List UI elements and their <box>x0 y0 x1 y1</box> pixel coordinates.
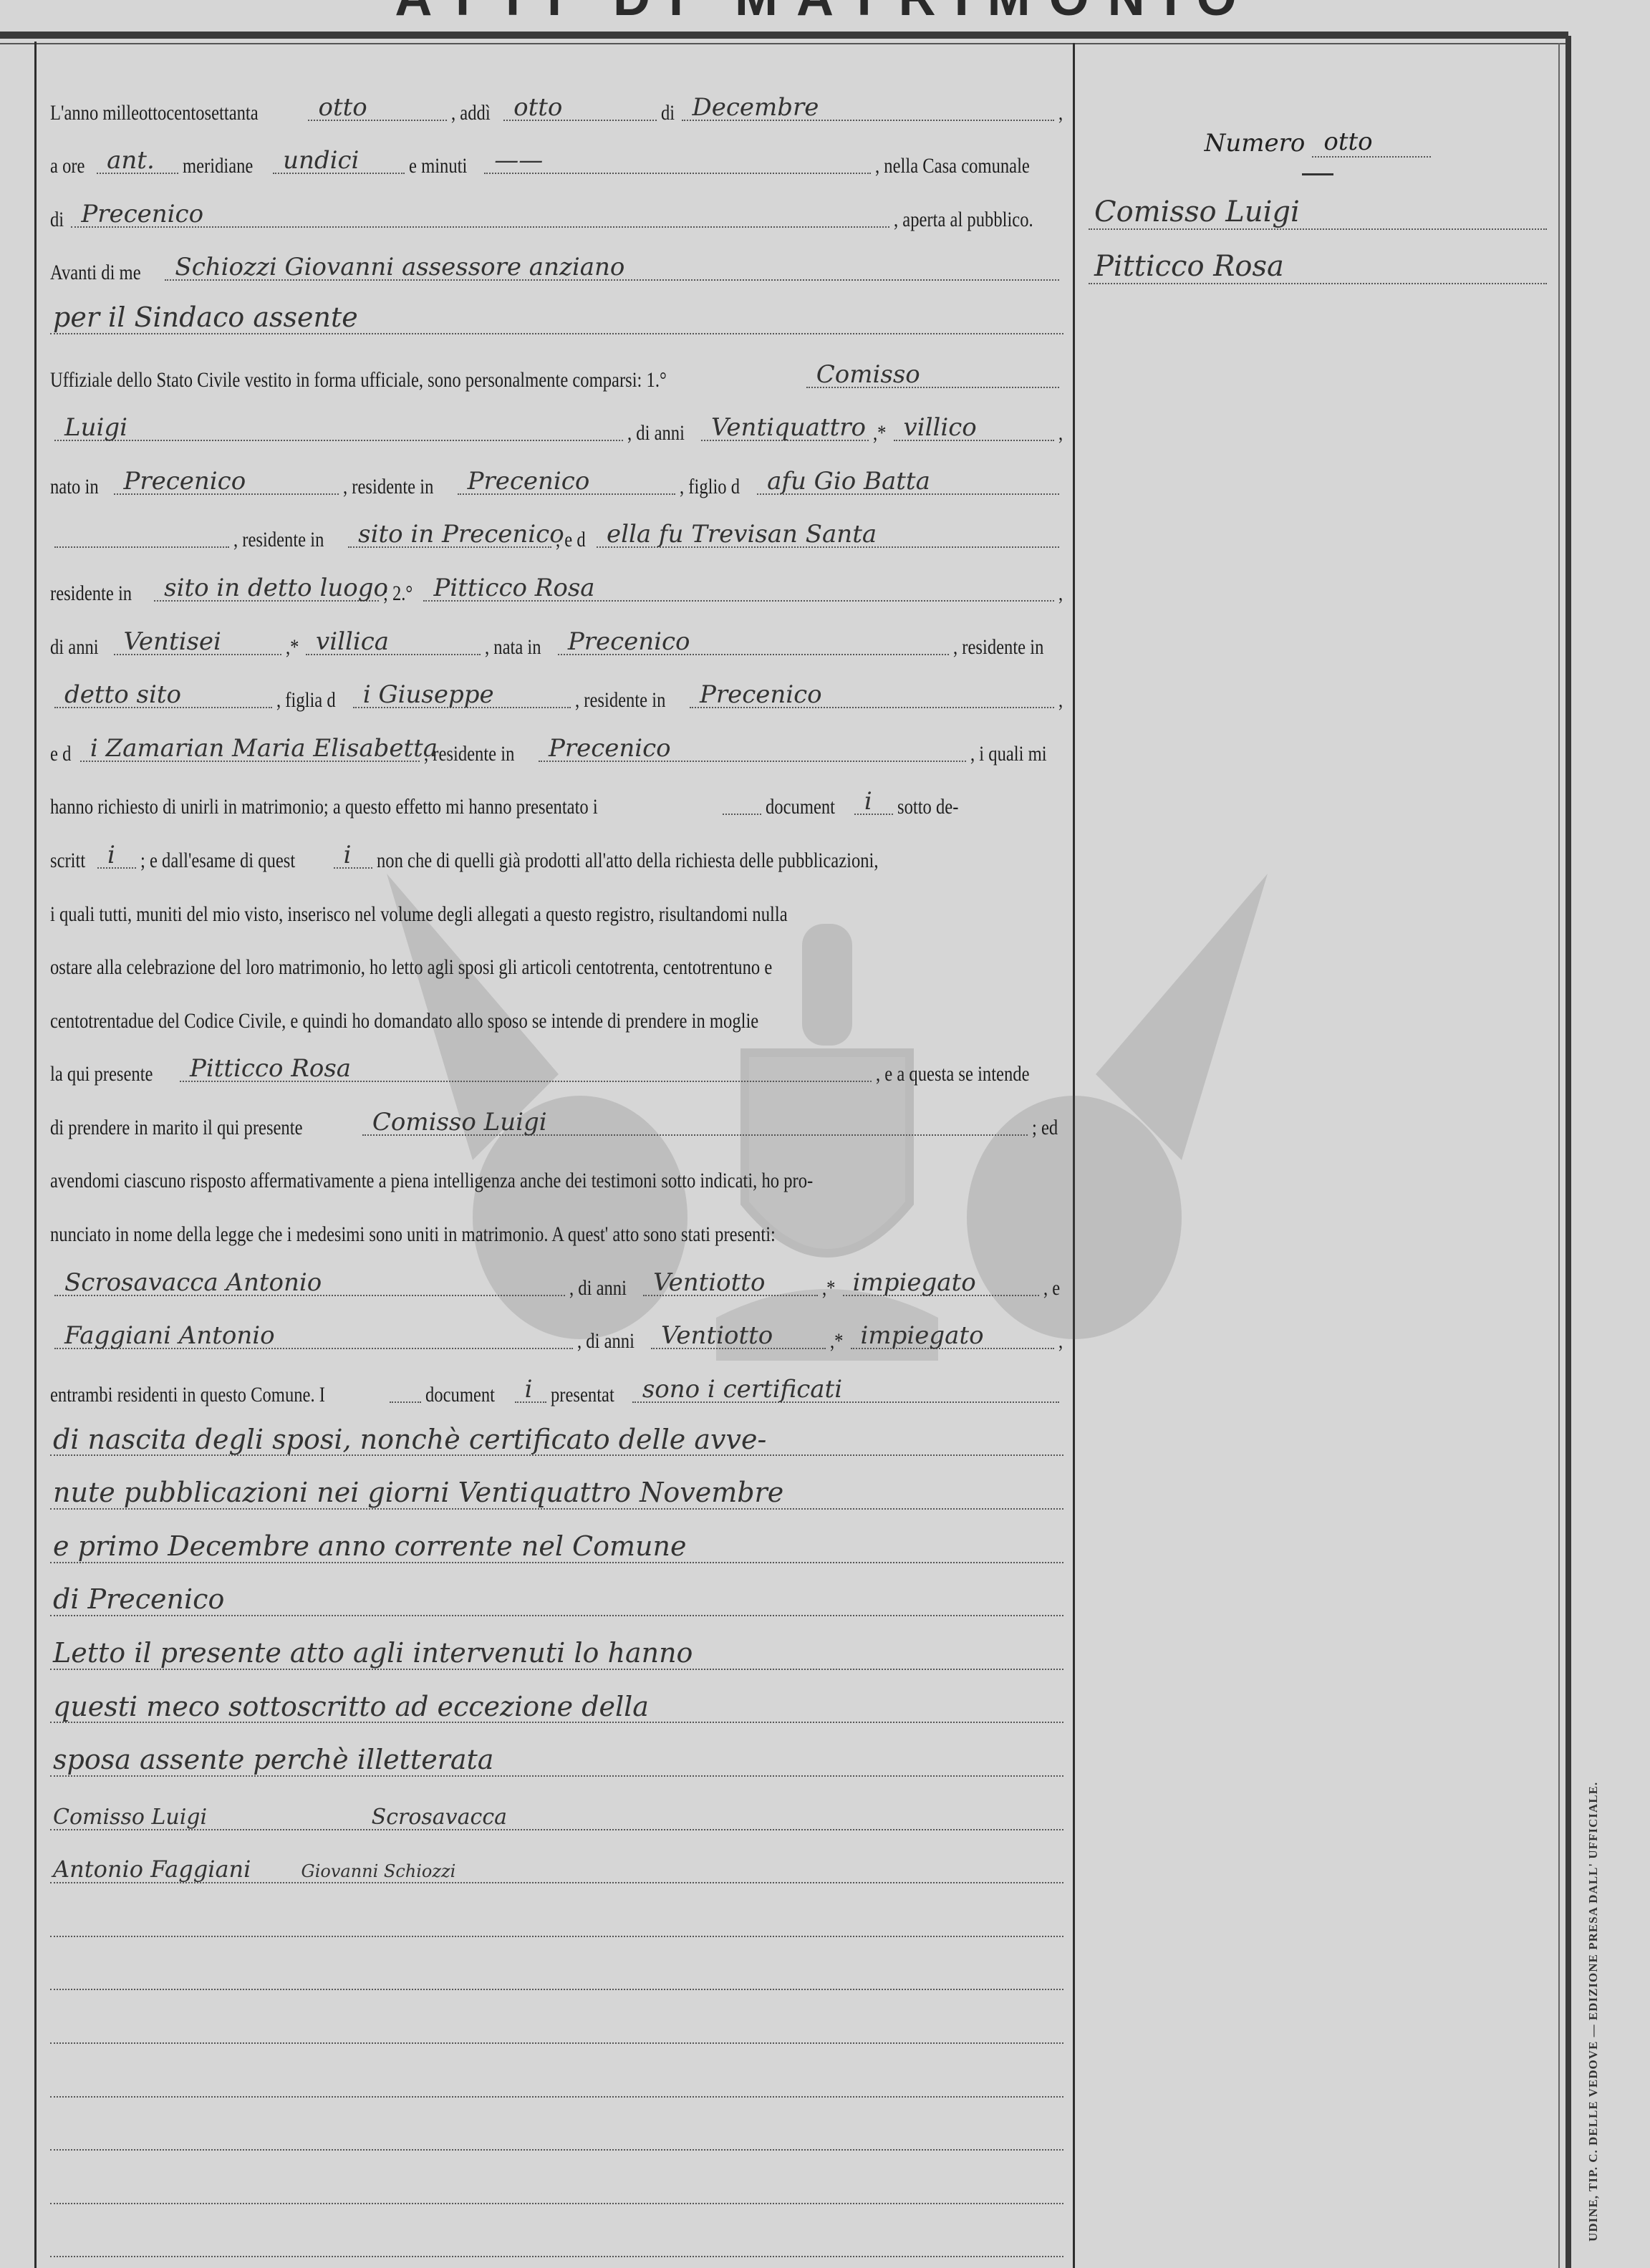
label-daughter-of: , figlia d <box>276 688 336 713</box>
text-articoli: ostare alla celebrazione del loro matrim… <box>50 955 772 980</box>
label-age: , di anni <box>577 1329 635 1353</box>
line-presented-docs: entrambi residenti in questo Comune. I d… <box>50 1353 1063 1407</box>
blank-line-field[interactable] <box>50 1989 1063 1990</box>
free-line: di Precenico <box>50 1568 1063 1621</box>
label-age: , di anni <box>627 421 685 445</box>
label-year: L'anno milleottocentosettanta <box>50 101 259 125</box>
line-printed-22: nunciato in nome della legge che i medes… <box>50 1193 1063 1247</box>
label-age: , di anni <box>569 1276 627 1301</box>
act-body: L'anno milleottocentosettanta otto , add… <box>50 72 1063 2262</box>
text-publications: non che di quelli già prodotti all'atto … <box>377 849 879 873</box>
free-line-text[interactable]: questi meco sottoscritto ad eccezione de… <box>50 1692 1063 1724</box>
field-groom-consent[interactable]: Comisso Luigi <box>362 1110 1028 1136</box>
field-day[interactable]: otto <box>503 95 657 121</box>
label-present: la qui presente <box>50 1062 153 1086</box>
label-appeared: Uffiziale dello Stato Civile vestito in … <box>50 368 667 392</box>
field-doc-article[interactable] <box>723 814 761 815</box>
register-number: Numero otto <box>1089 100 1547 158</box>
register-margin: Numero otto Comisso Luigi Pitticco Rosa <box>1089 72 1547 284</box>
punct: , <box>1058 582 1063 606</box>
punct: , e <box>1043 1276 1060 1301</box>
field-groom-father-residence[interactable]: sito in Precenico <box>348 522 551 548</box>
field-bride-name[interactable]: Pitticco Rosa <box>423 576 1053 602</box>
margin-bride-name[interactable]: Pitticco Rosa <box>1089 230 1547 284</box>
line-time: a ore ant. meridiane undici e minuti —— … <box>50 125 1063 179</box>
line-bride: di anni Ventisei ,* villica , nata in Pr… <box>50 606 1063 660</box>
label-age: di anni <box>50 635 99 660</box>
field-witness2-name[interactable]: Faggiani Antonio <box>54 1323 573 1349</box>
field-bride-mother-residence[interactable]: Precenico <box>539 736 966 762</box>
free-line-text[interactable]: di Precenico <box>50 1585 1063 1616</box>
field-doc-suffix[interactable]: i <box>854 789 893 815</box>
text-allegati: i quali tutti, muniti del mio visto, ins… <box>50 902 788 927</box>
line-bride-mother: e d i Zamarian Maria Elisabetta , reside… <box>50 713 1063 766</box>
punct: ; ed <box>1032 1116 1058 1140</box>
free-line: sposa assente perchè illetterata <box>50 1727 1063 1781</box>
label-resident: , residente in <box>953 635 1043 660</box>
free-line-text[interactable]: nute pubblicazioni nei giorni Ventiquatt… <box>50 1478 1063 1510</box>
free-line: questi meco sottoscritto ad eccezione de… <box>50 1674 1063 1728</box>
line-groom-consent: di prendere in marito il qui presente Co… <box>50 1086 1063 1140</box>
top-rule-thin <box>0 43 1568 44</box>
free-line: di nascita degli sposi, nonchè certifica… <box>50 1407 1063 1461</box>
label-resident: , residente in <box>343 475 433 499</box>
line-witness-1: Scrosavacca Antonio , di anni Ventiotto … <box>50 1247 1063 1301</box>
field-am-pm[interactable]: ant. <box>97 148 178 174</box>
line-printed-17: ostare alla celebrazione del loro matrim… <box>50 927 1063 980</box>
field-bride-consent[interactable]: Pitticco Rosa <box>180 1056 872 1082</box>
label-town-hall: , nella Casa comunale <box>875 154 1030 178</box>
signature-witness: Scrosavacca <box>372 1805 507 1830</box>
field-witness1-age[interactable]: Ventiotto <box>643 1270 818 1296</box>
field-groom-father[interactable]: afu Gio Batta <box>757 469 1059 495</box>
field-groom-age[interactable]: Ventiquattro <box>701 415 869 441</box>
signature-row-2: Antonio Faggiani Giovanni Schiozzi <box>50 1857 1063 1883</box>
signature-officer: Giovanni Schiozzi <box>301 1861 456 1881</box>
blank-line <box>50 1994 1063 2048</box>
line-groom-birth: nato in Precenico , residente in Preceni… <box>50 445 1063 499</box>
signature-row-1: Comisso Luigi Scrosavacca <box>50 1805 1063 1830</box>
text-residents: entrambi residenti in questo Comune. I <box>50 1383 325 1407</box>
punct: ,* <box>873 421 886 445</box>
numero-label: Numero <box>1205 129 1306 158</box>
line-printed-21: avendomi ciascuno risposto affermativame… <box>50 1140 1063 1194</box>
field-witness1-profession[interactable]: impiegato <box>843 1270 1039 1296</box>
label-and-of: , e d <box>556 528 586 552</box>
line-bride-consent: la qui presente Pitticco Rosa , e a ques… <box>50 1033 1063 1087</box>
field-groom-mother-residence[interactable]: sito in detto luogo <box>154 576 379 602</box>
blank-line-field[interactable] <box>50 2096 1063 2098</box>
field-groom-residence[interactable]: Precenico <box>458 469 675 495</box>
label-minutes: e minuti <box>409 154 467 178</box>
label-hour: a ore <box>50 154 85 178</box>
field-groom-birthplace[interactable]: Precenico <box>114 469 339 495</box>
line-date: L'anno milleottocentosettanta otto , add… <box>50 72 1063 125</box>
text-document: document <box>766 795 835 819</box>
punct: , <box>1058 421 1063 445</box>
free-line-text[interactable]: e primo Decembre anno corrente nel Comun… <box>50 1532 1063 1563</box>
right-border-thin <box>1558 43 1560 2268</box>
blank-line-field[interactable] <box>50 2042 1063 2044</box>
blank-line-field[interactable] <box>50 2203 1063 2204</box>
field-scritt-suffix[interactable]: i <box>97 843 136 869</box>
line-bride-intro: residente in sito in detto luogo ; 2.° P… <box>50 552 1063 606</box>
left-border <box>34 42 37 2268</box>
label-resident: , residente in <box>233 528 324 552</box>
field-officer[interactable]: Schiozzi Giovanni assessore anziano <box>165 255 1059 281</box>
field-bride-father[interactable]: i Giuseppe <box>353 682 571 708</box>
free-line: nute pubblicazioni nei giorni Ventiquatt… <box>50 1460 1063 1514</box>
blank-line <box>50 1941 1063 1995</box>
top-rule <box>0 32 1568 39</box>
label-resident: , residente in <box>575 688 665 713</box>
margin-groom-name[interactable]: Comisso Luigi <box>1089 175 1547 230</box>
line-witness-2: Faggiani Antonio , di anni Ventiotto ,* … <box>50 1301 1063 1354</box>
punct: , <box>1058 688 1063 713</box>
free-line-text[interactable]: sposa assente perchè illetterata <box>50 1745 1063 1777</box>
numero-value[interactable]: otto <box>1312 127 1431 158</box>
free-line: e primo Decembre anno corrente nel Comun… <box>50 1514 1063 1568</box>
field-bride-residence[interactable]: detto sito <box>54 682 272 708</box>
text-pronounced: nunciato in nome della legge che i medes… <box>50 1222 776 1247</box>
text-scritt: scritt <box>50 849 85 873</box>
blank-line <box>50 2048 1063 2102</box>
line-documents-2: scritt i ; e dall'esame di quest i non c… <box>50 819 1063 873</box>
right-border <box>1565 36 1571 2268</box>
line-bride-parents: detto sito , figlia d i Giuseppe , resid… <box>50 660 1063 713</box>
free-line-text[interactable]: Letto il presente atto agli intervenuti … <box>50 1639 1063 1670</box>
label-who-me: , i quali mi <box>970 742 1047 766</box>
blank-line-field[interactable] <box>50 1936 1063 1937</box>
signature-witness-2: Antonio Faggiani <box>53 1856 251 1883</box>
field-minutes[interactable]: —— <box>484 148 871 174</box>
field-hour[interactable]: undici <box>273 148 405 174</box>
line-comune: di Precenico , aperta al pubblico. <box>50 178 1063 232</box>
field-groom-name[interactable]: Luigi <box>54 415 623 441</box>
punct: ,* <box>286 635 299 660</box>
label-open-public: , aperta al pubblico. <box>894 208 1033 232</box>
field-month[interactable]: Decembre <box>682 95 1053 121</box>
field-comune[interactable]: Precenico <box>71 202 889 228</box>
punct: ,* <box>830 1329 843 1353</box>
blank-line <box>50 2102 1063 2156</box>
text-presentat: presentat <box>551 1383 614 1407</box>
free-line: Letto il presente atto agli intervenuti … <box>50 1621 1063 1674</box>
signature-line: Antonio Faggiani Giovanni Schiozzi <box>50 1835 1063 1888</box>
field-groom-mother[interactable]: ella fu Trevisan Santa <box>597 522 1059 548</box>
line-officer: Avanti di me Schiozzi Giovanni assessore… <box>50 232 1063 286</box>
field-officer-cont[interactable]: per il Sindaco assente <box>50 303 1063 334</box>
field-groom-surname[interactable]: Comisso <box>806 362 1059 388</box>
field-groom-profession[interactable]: villico <box>894 415 1054 441</box>
line-printed-18: centotrentadue del Codice Civile, e quin… <box>50 980 1063 1033</box>
field-groom-father-cont[interactable] <box>54 546 229 548</box>
field-doc-suffix-2[interactable]: i <box>515 1377 546 1403</box>
blank-line <box>50 2209 1063 2262</box>
line-groom: Luigi , di anni Ventiquattro ,* villico … <box>50 392 1063 446</box>
label-second: ; 2.° <box>383 582 412 606</box>
label-born-in: nato in <box>50 475 99 499</box>
label-resident: residente in <box>50 582 132 606</box>
text-request: hanno richiesto di unirli in matrimonio;… <box>50 795 598 819</box>
text-document: document <box>425 1383 495 1407</box>
field-witness2-age[interactable]: Ventiotto <box>651 1323 826 1349</box>
signature-groom: Comisso Luigi <box>53 1805 207 1830</box>
blank-line <box>50 1888 1063 1941</box>
text-exam: ; e dall'esame di quest <box>140 849 295 873</box>
field-witness1-name[interactable]: Scrosavacca Antonio <box>54 1270 565 1296</box>
field-doc-article-2[interactable] <box>390 1401 421 1403</box>
free-line-text[interactable]: di nascita degli sposi, nonchè certifica… <box>50 1425 1063 1457</box>
blank-line-field[interactable] <box>50 2256 1063 2257</box>
signature-line: Comisso Luigi Scrosavacca <box>50 1781 1063 1835</box>
punct: ,* <box>822 1276 835 1301</box>
field-bride-mother[interactable]: i Zamarian Maria Elisabetta <box>80 736 420 762</box>
field-bride-profession[interactable]: villica <box>306 629 481 655</box>
punct: , <box>1058 101 1063 125</box>
field-witness2-profession[interactable]: impiegato <box>851 1323 1054 1349</box>
label-born-in: , nata in <box>485 635 541 660</box>
label-day: , addì <box>451 101 491 125</box>
label-meridiane: meridiane <box>183 154 253 178</box>
blank-line-field[interactable] <box>50 2149 1063 2151</box>
label-son-of: , figlio d <box>680 475 740 499</box>
field-bride-age[interactable]: Ventisei <box>114 629 281 655</box>
text-codice-civile: centotrentadue del Codice Civile, e quin… <box>50 1009 758 1033</box>
text-and-she: , e a questa se intende <box>876 1062 1029 1086</box>
line-appeared: Uffiziale dello Stato Civile vestito in … <box>50 339 1063 392</box>
blank-line <box>50 2155 1063 2209</box>
line-documents: hanno richiesto di unirli in matrimonio;… <box>50 766 1063 820</box>
label-and-of: e d <box>50 742 71 766</box>
label-before-me: Avanti di me <box>50 261 141 285</box>
label-month: di <box>661 101 675 125</box>
line-printed-16: i quali tutti, muniti del mio visto, ins… <box>50 873 1063 927</box>
field-bride-father-residence[interactable]: Precenico <box>690 682 1054 708</box>
printer-imprint: UDINE, TIP. C. DELLE VEDOVE — EDIZIONE P… <box>1586 1782 1601 2242</box>
line-officer-cont: per il Sindaco assente <box>50 285 1063 339</box>
field-bride-birthplace[interactable]: Precenico <box>558 629 949 655</box>
punct: , <box>1058 1329 1063 1353</box>
page-title: ATTI DI MATRIMONIO <box>0 0 1650 27</box>
line-groom-parents: , residente in sito in Precenico , e d e… <box>50 499 1063 553</box>
field-quest-suffix[interactable]: i <box>334 843 372 869</box>
label-di: di <box>50 208 64 232</box>
label-husband: di prendere in marito il qui presente <box>50 1116 302 1140</box>
field-docs-description[interactable]: sono i certificati <box>632 1377 1059 1403</box>
text-affirmative: avendomi ciascuno risposto affermativame… <box>50 1169 813 1193</box>
field-year[interactable]: otto <box>308 95 447 121</box>
column-divider <box>1073 43 1075 2268</box>
text-below: sotto de- <box>897 795 958 819</box>
label-resident: , residente in <box>424 742 514 766</box>
